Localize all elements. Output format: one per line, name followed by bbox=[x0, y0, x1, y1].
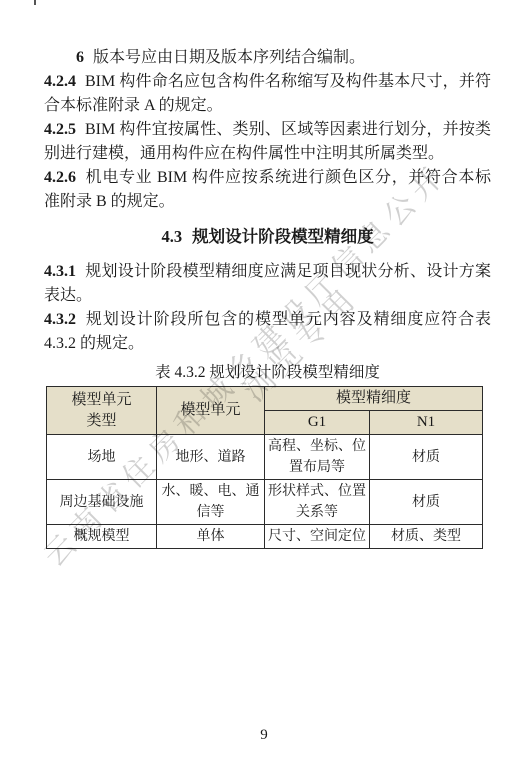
clause-number: 4.3.1 bbox=[44, 263, 76, 280]
table-header-row-1: 模型单元 类型 模型单元 模型精细度 bbox=[47, 387, 483, 411]
table-cell: 尺寸、空间定位 bbox=[265, 525, 370, 549]
table-cell: 地形、道路 bbox=[157, 435, 265, 480]
clause-4-3-2: 4.3.2规划设计阶段所包含的模型单元内容及精细度应符合表 4.3.2 的规定。 bbox=[44, 308, 491, 356]
table-cell: 周边基础设施 bbox=[47, 480, 157, 525]
page-content: 6版本号应由日期及版本序列结合编制。 4.2.4BIM 构件命名应包含构件名称缩… bbox=[44, 46, 491, 549]
clause-number: 6 bbox=[76, 49, 84, 66]
page-number: 9 bbox=[0, 727, 528, 744]
table-caption: 表 4.3.2 规划设计阶段模型精细度 bbox=[44, 362, 491, 383]
clause-text: BIM 构件命名应包含构件名称缩写及构件基本尺寸，并符合本标准附录 A 的规定。 bbox=[44, 73, 491, 114]
table-cell: 水、暖、电、通信等 bbox=[157, 480, 265, 525]
clause-text: BIM 构件宜按属性、类别、区域等因素进行划分，并按类别进行建模，通用构件应在构… bbox=[44, 121, 491, 162]
clause-4-2-4: 4.2.4BIM 构件命名应包含构件名称缩写及构件基本尺寸，并符合本标准附录 A… bbox=[44, 70, 491, 118]
clause-4-3-1: 4.3.1规划设计阶段模型精细度应满足项目现状分析、设计方案表达。 bbox=[44, 260, 491, 308]
header-cell-lod: 模型精细度 bbox=[265, 387, 483, 411]
clause-number: 4.2.6 bbox=[44, 169, 76, 186]
clause-text: 规划设计阶段所包含的模型单元内容及精细度应符合表 4.3.2 的规定。 bbox=[44, 311, 491, 352]
clause-4-2-6: 4.2.6机电专业 BIM 构件应按系统进行颜色区分，并符合本标准附录 B 的规… bbox=[44, 166, 491, 214]
table-cell: 概规模型 bbox=[47, 525, 157, 549]
section-number: 4.3 bbox=[161, 227, 182, 246]
section-heading: 4.3规划设计阶段模型精细度 bbox=[44, 226, 491, 248]
header-cell-unit-type: 模型单元 类型 bbox=[47, 387, 157, 435]
document-page: 云南省住房和城乡建设厅信息公开 浏览专用 6版本号应由日期及版本序列结合编制。 … bbox=[0, 0, 528, 767]
clause-text: 版本号应由日期及版本序列结合编制。 bbox=[93, 49, 365, 66]
section-title: 规划设计阶段模型精细度 bbox=[192, 227, 374, 246]
table-row: 场地 地形、道路 高程、坐标、位置布局等 材质 bbox=[47, 435, 483, 480]
clause-text: 规划设计阶段模型精细度应满足项目现状分析、设计方案表达。 bbox=[44, 263, 491, 304]
table-cell: 形状样式、位置关系等 bbox=[265, 480, 370, 525]
table-row: 概规模型 单体 尺寸、空间定位 材质、类型 bbox=[47, 525, 483, 549]
lod-table: 模型单元 类型 模型单元 模型精细度 G1 N1 场地 地形、道路 高程、坐标、… bbox=[46, 386, 483, 549]
table-row: 周边基础设施 水、暖、电、通信等 形状样式、位置关系等 材质 bbox=[47, 480, 483, 525]
clause-number: 4.2.4 bbox=[44, 73, 76, 90]
table-cell: 场地 bbox=[47, 435, 157, 480]
clause-number: 4.3.2 bbox=[44, 311, 76, 328]
header-cell-unit: 模型单元 bbox=[157, 387, 265, 435]
clause-4-2-5: 4.2.5BIM 构件宜按属性、类别、区域等因素进行划分，并按类别进行建模，通用… bbox=[44, 118, 491, 166]
header-cell-g1: G1 bbox=[265, 411, 370, 435]
table-cell: 高程、坐标、位置布局等 bbox=[265, 435, 370, 480]
clause-6: 6版本号应由日期及版本序列结合编制。 bbox=[44, 46, 491, 70]
clause-text: 机电专业 BIM 构件应按系统进行颜色区分，并符合本标准附录 B 的规定。 bbox=[44, 169, 491, 210]
header-cell-n1: N1 bbox=[370, 411, 483, 435]
table-cell: 材质、类型 bbox=[370, 525, 483, 549]
clause-number: 4.2.5 bbox=[44, 121, 76, 138]
table-cell: 材质 bbox=[370, 480, 483, 525]
table-cell: 单体 bbox=[157, 525, 265, 549]
top-edge-tick-mark bbox=[34, 0, 36, 5]
table-cell: 材质 bbox=[370, 435, 483, 480]
